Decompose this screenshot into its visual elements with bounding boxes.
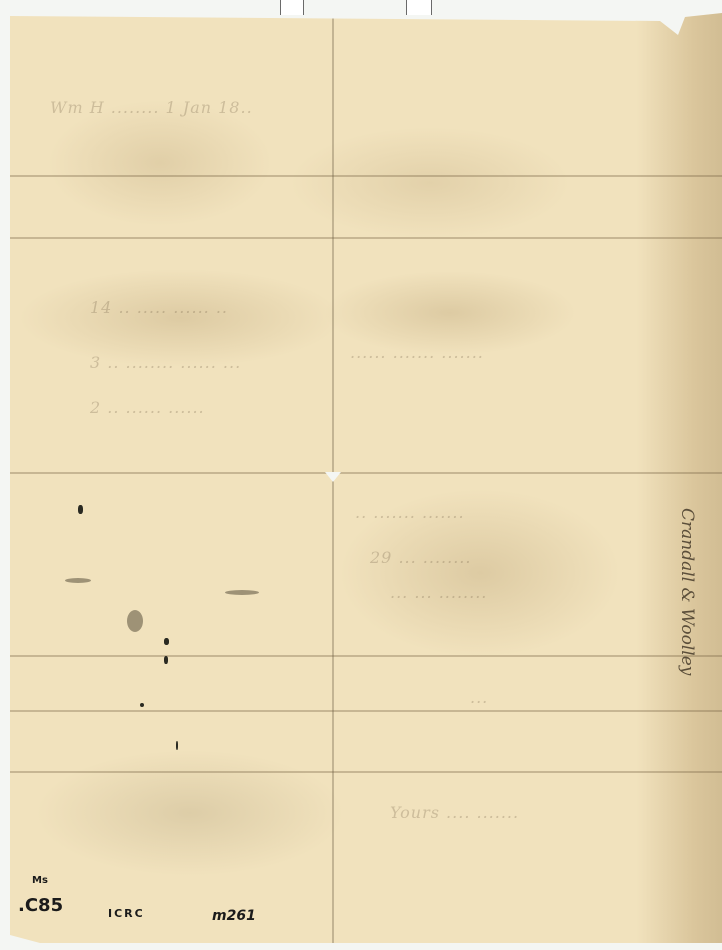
scanner-clip-left bbox=[280, 0, 304, 15]
ink-mark bbox=[140, 703, 144, 707]
bleed-through-text: 3 .. ........ ...... ... bbox=[90, 353, 241, 372]
bleed-through-text: 2 .. ...... ...... bbox=[90, 398, 205, 417]
ink-smudge bbox=[65, 578, 91, 583]
ink-smudge bbox=[127, 610, 143, 632]
bleed-through-text: .. ....... ....... bbox=[355, 503, 465, 522]
bleed-through-text: ... bbox=[470, 688, 488, 707]
archive-institution-code: ICRC bbox=[108, 907, 145, 920]
bleed-through-text: 29 ... ........ bbox=[370, 548, 471, 567]
document-page: Wm H ........ 1 Jan 18.. ...... ....... … bbox=[10, 13, 722, 943]
bleed-through-text: Yours .... ....... bbox=[390, 803, 519, 822]
ink-mark bbox=[164, 656, 168, 664]
fold-line bbox=[10, 175, 722, 177]
ink-smudge bbox=[225, 590, 259, 595]
fold-line bbox=[10, 710, 722, 712]
scanner-clip-right bbox=[406, 0, 432, 15]
ink-mark bbox=[78, 505, 83, 514]
fold-line bbox=[10, 237, 722, 239]
archive-item-number: m261 bbox=[212, 908, 256, 924]
fold-tear bbox=[325, 472, 341, 482]
bleed-through-text: 14 .. ..... ...... .. bbox=[90, 298, 228, 317]
docket-annotation: Crandall & Woolley bbox=[677, 508, 697, 738]
ink-mark bbox=[164, 638, 169, 645]
fold-line bbox=[10, 655, 722, 657]
archive-collection-prefix: Ms bbox=[32, 875, 48, 886]
fold-line bbox=[10, 771, 722, 773]
archive-call-number: .C85 bbox=[18, 895, 63, 916]
bleed-through-text: ... ... ........ bbox=[390, 583, 487, 602]
ink-mark bbox=[176, 741, 178, 750]
bleed-through-text: Wm H ........ 1 Jan 18.. bbox=[50, 98, 253, 117]
fold-line bbox=[10, 472, 722, 474]
bleed-through-text: ...... ....... ....... bbox=[350, 343, 484, 362]
